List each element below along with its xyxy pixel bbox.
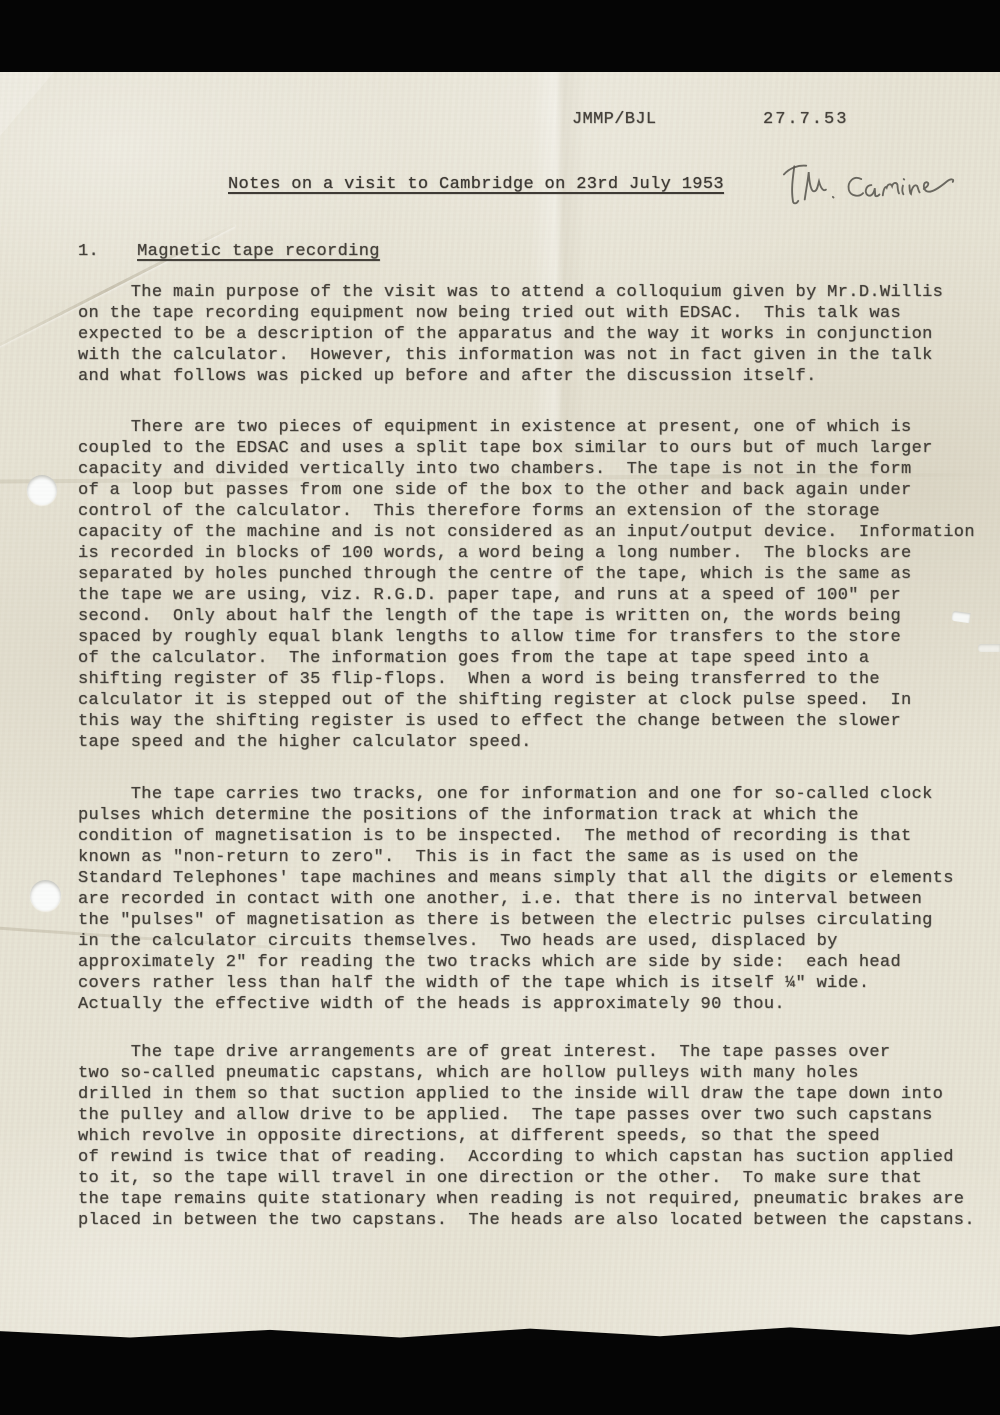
section-heading: Magnetic tape recording	[137, 242, 380, 261]
reference-code: JMMP/BJL	[572, 110, 656, 129]
punch-hole	[30, 880, 61, 911]
letterbox-bottom	[0, 1340, 1000, 1415]
paper-tear	[978, 644, 1000, 652]
signature-handwriting	[776, 145, 969, 225]
paragraph: There are two pieces of equipment in exi…	[78, 417, 975, 753]
document-title: Notes on a visit to Cambridge on 23rd Ju…	[228, 175, 724, 194]
paragraph: The tape drive arrangements are of great…	[78, 1042, 975, 1231]
punch-hole	[27, 475, 57, 505]
signature	[776, 145, 969, 225]
paragraph: The tape carries two tracks, one for inf…	[78, 784, 954, 1015]
corner-fold	[0, 72, 54, 136]
document-page: JMMP/BJL 27.7.53 Notes on a visit to Cam…	[0, 72, 1000, 1340]
document-date: 27.7.53	[763, 110, 848, 129]
section-number: 1.	[78, 242, 99, 261]
letterbox-top	[0, 0, 1000, 72]
paragraph: The main purpose of the visit was to att…	[78, 282, 943, 387]
section-heading-row: 1.Magnetic tape recording	[78, 242, 380, 261]
